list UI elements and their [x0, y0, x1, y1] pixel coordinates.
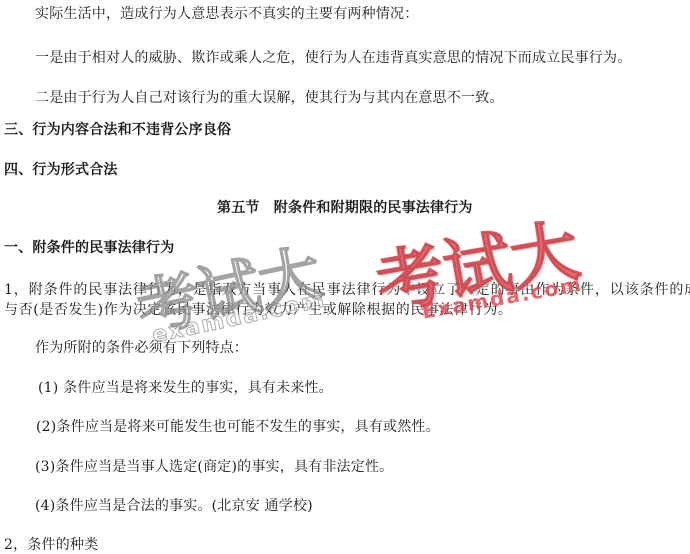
section-title: 第五节 附条件和附期限的民事法律行为	[217, 199, 473, 217]
intro-text: 实际生活中，造成行为人意思表示不真实的主要有两种情况：	[35, 5, 418, 23]
feature-item-4: (4)条件应当是合法的事实。(北京安 通学校)	[35, 497, 313, 515]
case-two-text: 二是由于行为人自己对该行为的重大误解，使其行为与其内在意思不一致。	[35, 89, 504, 107]
definition-line-1: 1，附条件的民事法律行为，是指双方当事人在民事法律行为中设立了一定的事由作为条件…	[4, 281, 690, 299]
heading-three: 三、行为内容合法和不违背公序良俗	[4, 121, 231, 139]
case-one-text: 一是由于相对人的威胁、欺诈或乘人之危，使行为人在违背真实意思的情况下而成立民事行…	[35, 49, 631, 67]
subheading-one: 一、附条件的民事法律行为	[4, 239, 174, 257]
feature-item-3: (3)条件应当是当事人选定(商定)的事实，具有非法定性。	[35, 458, 393, 476]
feature-item-2: (2)条件应当是将来可能发生也可能不发生的事实，具有或然性。	[36, 418, 440, 436]
features-intro: 作为所附的条件必须有下列特点：	[35, 339, 248, 357]
condition-types-heading: 2，条件的种类	[4, 536, 98, 554]
definition-line-2: 与否(是否发生)作为决定该民事法律行为效力产生或解除根据的民事法律行为。	[4, 301, 513, 319]
feature-item-1: (1) 条件应当是将来发生的事实，具有未来性。	[38, 379, 333, 397]
heading-four: 四、行为形式合法	[4, 161, 118, 179]
